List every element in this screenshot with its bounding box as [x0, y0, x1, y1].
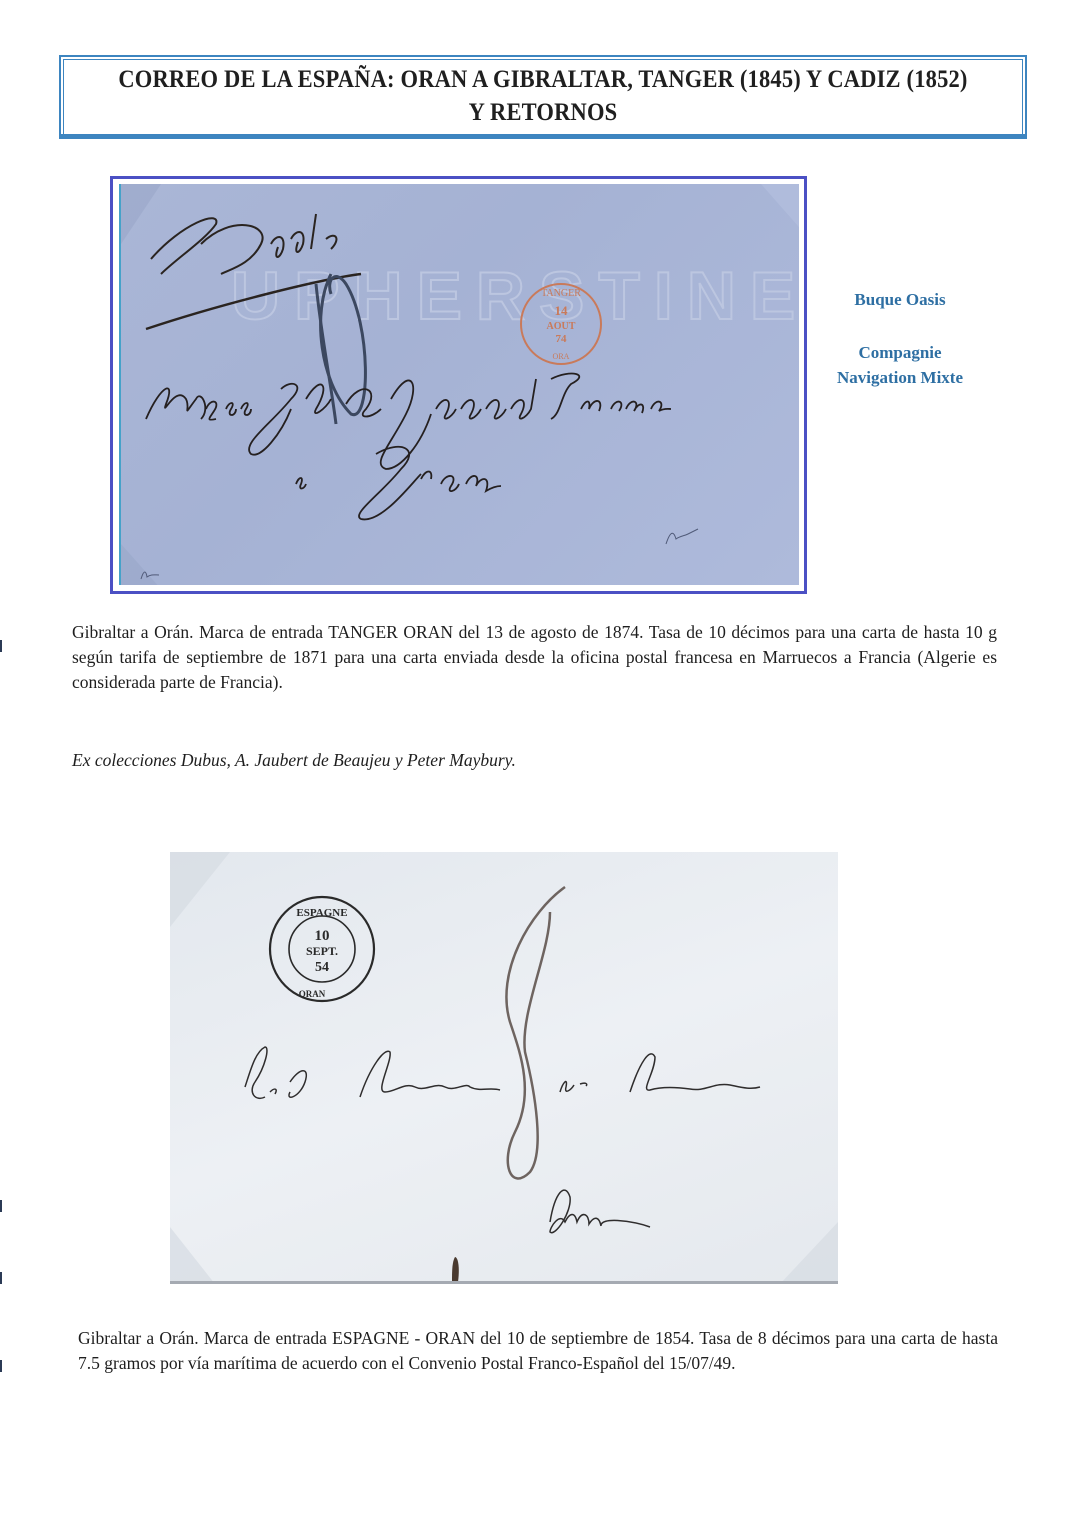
svg-text:SEPT.: SEPT.	[306, 944, 338, 958]
espagne-oran-postmark: ESPAGNE 10 SEPT. 54 ORAN	[270, 897, 374, 1001]
cover-2-artwork: ESPAGNE 10 SEPT. 54 ORAN	[170, 852, 838, 1284]
scan-artifact	[0, 640, 2, 652]
svg-text:ORAN: ORAN	[299, 989, 326, 999]
svg-text:AOUT: AOUT	[547, 321, 576, 332]
scan-artifact	[0, 1200, 2, 1212]
ship-name: Buque Oasis	[800, 287, 1000, 312]
scan-artifact	[0, 1360, 2, 1372]
svg-text:TANGER: TANGER	[541, 288, 581, 299]
cover-2-envelope: ESPAGNE 10 SEPT. 54 ORAN	[170, 852, 838, 1284]
company-line-1: Compagnie	[800, 340, 1000, 365]
svg-text:10: 10	[315, 928, 330, 944]
cover-1-envelope: UPHERSTINE TANGER 14 AOUT	[119, 184, 799, 585]
scan-artifact	[0, 1272, 2, 1284]
cover-2-caption: Gibraltar a Orán. Marca de entrada ESPAG…	[78, 1326, 998, 1376]
tax-mark-8	[506, 887, 565, 1178]
destination-handwriting	[550, 1190, 650, 1233]
destination-handwriting	[296, 447, 501, 520]
page-title: CORREO DE LA ESPAÑA: ORAN A GIBRALTAR, T…	[109, 63, 977, 129]
svg-text:74: 74	[556, 333, 568, 345]
svg-text:ESPAGNE: ESPAGNE	[296, 907, 347, 919]
provenance-note: Ex colecciones Dubus, A. Jaubert de Beau…	[72, 748, 672, 773]
svg-text:ORA: ORA	[553, 352, 570, 361]
page-title-box: CORREO DE LA ESPAÑA: ORAN A GIBRALTAR, T…	[59, 55, 1027, 139]
cover-1-artwork: UPHERSTINE TANGER 14 AOUT	[121, 184, 799, 585]
svg-text:14: 14	[555, 303, 569, 318]
cover-1-frame: UPHERSTINE TANGER 14 AOUT	[110, 176, 807, 594]
svg-text:54: 54	[315, 960, 329, 975]
company-line-2: Navigation Mixte	[800, 365, 1000, 390]
addressee-handwriting	[245, 1047, 760, 1098]
cover-1-caption: Gibraltar a Orán. Marca de entrada TANGE…	[72, 620, 997, 695]
